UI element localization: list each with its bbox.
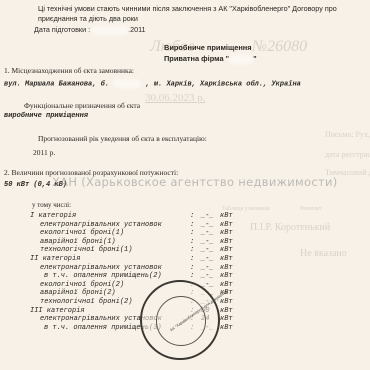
ghost-text: П.І.Р. Коротенький xyxy=(250,222,330,233)
address-street: вул. Маршала Бажанова, б. xyxy=(4,80,109,88)
ghost-text: №26080 xyxy=(252,38,307,56)
ghost-text: Реквізит xyxy=(300,206,322,212)
redacted-company xyxy=(229,55,253,64)
year-label: Прогнозований рік уведення об єкта в екс… xyxy=(38,134,207,143)
preparation-date: Дата підготовки : .2011 xyxy=(34,25,146,35)
date-year: .2011 xyxy=(128,25,145,34)
location-label: 1. Місцезнаходження об єкта замовника: xyxy=(4,66,134,75)
redacted-building xyxy=(113,79,141,88)
object-title: Виробниче приміщення xyxy=(164,42,257,53)
ghost-text: Не вказано xyxy=(300,248,347,259)
year-value: 2011 р. xyxy=(33,148,55,157)
including-label: у тому числі: xyxy=(32,201,71,209)
date-label: Дата підготовки : xyxy=(34,25,90,34)
function-value: виробниче приміщення xyxy=(4,112,88,120)
ghost-text: 30.06.2023 р. xyxy=(145,92,206,104)
address-value: вул. Маршала Бажанова, б. , м. Харків, Х… xyxy=(4,79,301,88)
official-stamp: АК "Харківобленерго" для документів xyxy=(140,280,220,360)
redacted-date xyxy=(92,26,128,35)
function-label: Функціональне призначення об єкта xyxy=(24,101,140,110)
validity-notice: Ці технічні умови стають чинними після з… xyxy=(38,4,358,24)
company-title: Приватна фірма "" xyxy=(164,53,257,64)
ghost-text: Письмо: Рух, пр.Нетисток, 28/3 xyxy=(325,130,370,139)
address-city: , м. Харків, Харківська обл., Україна xyxy=(145,80,300,88)
watermark: ХАН (Харьковское агентство недвижимости) xyxy=(52,175,338,189)
object-heading: Виробниче приміщення Приватна фірма "" xyxy=(164,42,257,64)
ghost-text: дата реєстрації: 19.07.2005 xyxy=(325,150,370,159)
